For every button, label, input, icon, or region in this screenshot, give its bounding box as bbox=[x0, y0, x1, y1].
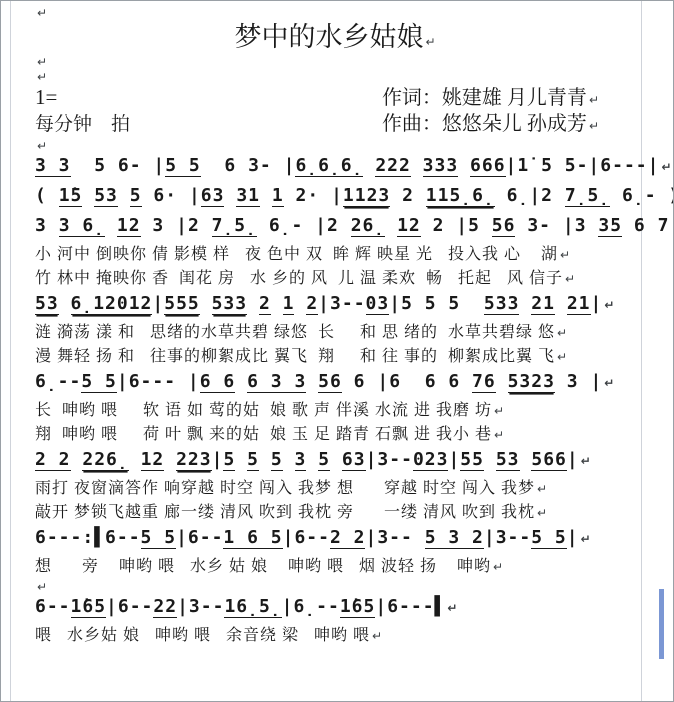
notation-token: 53 bbox=[496, 449, 520, 471]
paragraph-mark-icon: ↵ bbox=[589, 119, 599, 133]
paragraph-mark-icon: ↵ bbox=[494, 428, 505, 442]
notation-token: 6̣- bbox=[610, 185, 656, 206]
paragraph-mark-icon: ↵ bbox=[494, 404, 505, 418]
notation-token: 6 bbox=[342, 371, 378, 392]
lyricist-credit: 作词：姚建雄 月儿青青↵ bbox=[382, 85, 635, 114]
notation-token: 1̇65 bbox=[71, 596, 107, 618]
notation-token: 3 6̣ bbox=[59, 215, 105, 237]
notation-token: 6̣6̣6̣ bbox=[295, 155, 363, 177]
notation-token bbox=[224, 185, 236, 206]
music-line: 6̣--5 5|6--- |6 6 6 3 3 56 6 |6 6 6 76 5… bbox=[35, 369, 635, 399]
right-text-boundary bbox=[641, 1, 642, 701]
notation-token: 1̇65 bbox=[340, 596, 376, 618]
paragraph-mark-icon: ↵ bbox=[557, 350, 568, 364]
music-line: ( 1̇5 53 5 6· |63 31 1 2· |1123 2 115̣6̣… bbox=[35, 183, 635, 213]
notation-token: 6̣- bbox=[257, 215, 315, 236]
notation-token bbox=[164, 449, 176, 470]
notation-token bbox=[411, 155, 423, 176]
notation-token: 5 bbox=[318, 449, 330, 471]
notation-token: 6-- bbox=[188, 527, 224, 548]
notation-token: 6 6 6 bbox=[389, 371, 472, 392]
notation-token: 566 bbox=[531, 449, 567, 471]
lyrics-text: 漫 舞轻 扬 和 往事的柳絮成比 翼飞 翔 和 往 事的 柳絮成比翼 飞 bbox=[35, 348, 555, 365]
notation-token: 2 bbox=[390, 185, 426, 206]
notation-token: | bbox=[365, 527, 377, 548]
notation-token: 12 bbox=[117, 215, 141, 237]
paragraph-mark-icon: ↵ bbox=[37, 139, 47, 153]
notation-token: 63 bbox=[201, 185, 225, 207]
notation-token: 2 2 bbox=[35, 449, 71, 471]
notation-token bbox=[385, 215, 397, 236]
notation-token: | bbox=[590, 371, 602, 392]
scrollbar-accent[interactable] bbox=[659, 589, 664, 659]
lyrics-line: 想 旁 呻哟 喂 水乡 姑 娘 呻哟 喂 烟 波轻 扬 呻哟↵ bbox=[35, 555, 635, 579]
notation-token bbox=[105, 215, 117, 236]
notation-token: 3- bbox=[515, 215, 562, 236]
thick-barline: ▌ bbox=[435, 596, 446, 617]
lyrics-text: 敲开 梦锁飞越重 廊一缕 清风 吹到 我枕 旁 一缕 清风 吹到 我枕 bbox=[35, 504, 535, 521]
notation-token: 3-- bbox=[377, 527, 424, 548]
empty-paragraph: ↵ bbox=[35, 138, 635, 153]
thick-barline: ▌ bbox=[94, 527, 105, 548]
notation-token: 555 bbox=[164, 293, 200, 315]
notation-token: | bbox=[106, 596, 118, 617]
notation-token: 2 bbox=[188, 215, 212, 236]
notation-token: 2 2 bbox=[330, 527, 366, 549]
page-title: 梦中的水乡姑娘 bbox=[234, 22, 423, 52]
notation-token: 5 3 2 bbox=[425, 527, 484, 549]
notation-token: 6̣12012 bbox=[71, 293, 153, 315]
notation-token: 6̣ bbox=[495, 185, 530, 206]
paragraph-mark-icon: ↵ bbox=[604, 376, 615, 390]
notation-token: 56 bbox=[318, 371, 342, 393]
paragraph-mark-icon: ↵ bbox=[537, 482, 548, 496]
empty-paragraph: ↵ bbox=[35, 579, 635, 594]
notation-token: 115̣6̣ bbox=[426, 185, 495, 207]
notation-token bbox=[363, 155, 375, 176]
lyrics-text: 竹 林中 掩映你 香 闺花 房 水 乡的 风 儿 温 柔欢 畅 托起 风 信子 bbox=[35, 270, 563, 287]
notation-token: | bbox=[153, 155, 165, 176]
lyrics-text: 长 呻哟 喂 软 语 如 莺的姑 娘 歌 声 伴溪 水流 进 我磨 坊 bbox=[35, 402, 492, 419]
notation-token: 1123 bbox=[343, 185, 390, 207]
notation-token: 03 bbox=[366, 293, 390, 315]
notation-token: 5 6- bbox=[71, 155, 154, 176]
notation-token bbox=[200, 293, 212, 314]
notation-token: | bbox=[366, 449, 378, 470]
notation-token: 6---: bbox=[35, 527, 94, 548]
meta-row-1: 1= 作词：姚建雄 月儿青青↵ bbox=[35, 84, 635, 111]
composer-text: 作曲：悠悠朵儿 孙成芳 bbox=[382, 113, 587, 135]
notation-token bbox=[129, 449, 141, 470]
notation-token: 35 bbox=[598, 215, 622, 237]
music-line: 3 3 6̣ 12 3 |2 7̣5̣ 6̣- |2 26̣ 12 2 |5 5… bbox=[35, 213, 635, 243]
notation-token: 533 bbox=[212, 293, 248, 315]
notation-token: 226̣ bbox=[82, 449, 128, 471]
notation-token: 56 bbox=[492, 215, 516, 237]
paragraph-mark-icon: ↵ bbox=[560, 248, 571, 262]
paragraph-mark-icon: ↵ bbox=[565, 272, 576, 286]
notation-token: 6 3- bbox=[201, 155, 284, 176]
notation-token: 3 3 bbox=[35, 155, 71, 177]
notation-token: 6̣-- bbox=[293, 596, 339, 617]
notation-token: 63 bbox=[342, 449, 366, 471]
lyrics-line: 翔 呻哟 喂 荷 叶 飘 来的姑 娘 玉 足 踏青 石飘 进 我小 巷↵ bbox=[35, 423, 635, 447]
notation-token: | bbox=[591, 293, 603, 314]
notation-token: | bbox=[377, 371, 389, 392]
notation-token: 3-- bbox=[189, 596, 225, 617]
lyrics-text: 喂 水乡姑 娘 呻哟 喂 余音绕 梁 呻哟 喂 bbox=[35, 627, 370, 644]
notation-token bbox=[555, 293, 567, 314]
notation-token: | bbox=[331, 185, 343, 206]
music-line: 6---:▌6--5 5|6--1 6 5|6--2 2|3-- 5 3 2|3… bbox=[35, 525, 635, 555]
paragraph-mark-icon: ↵ bbox=[604, 298, 615, 312]
empty-paragraph: ↵ bbox=[35, 54, 635, 69]
composer-credit: 作曲：悠悠朵儿 孙成芳↵ bbox=[382, 111, 635, 140]
paragraph-mark-icon: ↵ bbox=[37, 70, 47, 84]
notation-token: 533 bbox=[484, 293, 520, 315]
score: 3 3 5 6- |5 5 6 3- |6̣6̣6̣ 222 333 666|1… bbox=[35, 153, 635, 648]
notation-token: 7̣5̣ bbox=[212, 215, 257, 237]
notation-token: 3 bbox=[141, 215, 177, 236]
notation-token: | bbox=[389, 293, 401, 314]
notation-token: 6-- bbox=[35, 596, 71, 617]
notation-token: | bbox=[152, 293, 164, 314]
notation-token: 3-- bbox=[377, 449, 413, 470]
music-line: 3 3 5 6- |5 5 6 3- |6̣6̣6̣ 222 333 666|1… bbox=[35, 153, 635, 183]
lyrics-text: 小 河中 倒映你 倩 影模 样 夜 色中 双 眸 辉 映星 光 投入我 心 湖 bbox=[35, 246, 558, 263]
meta-row-2: 每分钟 拍 作曲：悠悠朵儿 孙成芳↵ bbox=[35, 111, 635, 138]
music-line: 6--1̇65|6--22|3--16̣5̣|6̣--1̇65|6---▌↵ bbox=[35, 594, 635, 624]
notation-token: 2 bbox=[541, 185, 565, 206]
notation-token: | bbox=[563, 215, 575, 236]
notation-token: 5 5 5 bbox=[401, 293, 484, 314]
notation-token bbox=[520, 449, 532, 470]
notation-token: 12 bbox=[141, 449, 165, 471]
notation-token: ) | bbox=[657, 185, 674, 206]
notation-token: | bbox=[212, 449, 224, 470]
notation-token: 7̣5̣ bbox=[565, 185, 610, 207]
paragraph-mark-icon: ↵ bbox=[537, 506, 548, 520]
paragraph-mark-icon: ↵ bbox=[557, 326, 568, 340]
notation-token bbox=[496, 371, 508, 392]
notation-token: | bbox=[176, 215, 188, 236]
notation-token: 76 bbox=[472, 371, 496, 393]
notation-token bbox=[306, 449, 318, 470]
notation-token: 53 bbox=[35, 293, 59, 315]
notation-token bbox=[458, 155, 470, 176]
notation-token bbox=[235, 449, 247, 470]
notation-token: 5 5 bbox=[141, 527, 177, 549]
notation-token: 5 5 bbox=[531, 527, 567, 549]
notation-token: 6-- bbox=[105, 527, 141, 548]
notation-token bbox=[283, 449, 295, 470]
notation-token: 5 bbox=[130, 185, 142, 207]
paragraph-mark-icon: ↵ bbox=[372, 629, 383, 643]
notation-token: | bbox=[315, 215, 327, 236]
lyrics-text: 想 旁 呻哟 喂 水乡 姑 娘 呻哟 喂 烟 波轻 扬 呻哟 bbox=[35, 558, 491, 575]
notation-token bbox=[82, 185, 94, 206]
notation-token: | bbox=[529, 185, 541, 206]
notation-token: 21 bbox=[567, 293, 591, 315]
paragraph-mark-icon: ↵ bbox=[493, 560, 504, 574]
notation-token bbox=[260, 185, 272, 206]
lyrics-line: 竹 林中 掩映你 香 闺花 房 水 乡的 风 儿 温 柔欢 畅 托起 风 信子↵ bbox=[35, 267, 635, 291]
notation-token: | bbox=[117, 371, 129, 392]
notation-token: 6 6 bbox=[200, 371, 236, 393]
lyrics-line: 长 呻哟 喂 软 语 如 莺的姑 娘 歌 声 伴溪 水流 进 我磨 坊↵ bbox=[35, 399, 635, 423]
notation-token: 3-- bbox=[330, 293, 366, 314]
notation-token: 6· bbox=[142, 185, 189, 206]
empty-paragraph: ↵ bbox=[35, 69, 635, 84]
paragraph-mark-icon: ↵ bbox=[581, 454, 592, 468]
notation-token: 12 bbox=[397, 215, 421, 237]
notation-token: 222 bbox=[375, 155, 411, 177]
left-text-boundary bbox=[10, 1, 11, 701]
title-row: 梦中的水乡姑娘↵ bbox=[35, 20, 635, 54]
notation-token: 5 bbox=[271, 449, 283, 471]
notation-token: 26̣ bbox=[351, 215, 386, 237]
notation-token: 023 bbox=[413, 449, 449, 471]
notation-token bbox=[259, 449, 271, 470]
lyrics-line: 涟 漪荡 漾 和 思绪的水草共碧 绿悠 长 和 思 绪的 水草共碧绿 悠↵ bbox=[35, 321, 635, 345]
paragraph-mark-icon: ↵ bbox=[37, 55, 47, 69]
empty-paragraph: ↵ bbox=[35, 5, 635, 20]
notation-token: 666 bbox=[470, 155, 506, 177]
notation-token bbox=[294, 293, 306, 314]
notation-token: 22 bbox=[153, 596, 177, 618]
music-line: 2 2 226̣ 12 223|5 5 5 3 5 63|3--023|55 5… bbox=[35, 447, 635, 477]
lyricist-text: 作词：姚建雄 月儿青青 bbox=[382, 87, 587, 109]
notation-token: | bbox=[188, 371, 200, 392]
notation-token: | bbox=[375, 596, 387, 617]
notation-token: 1 bbox=[283, 293, 295, 315]
notation-token: 5 5 bbox=[165, 155, 201, 177]
notation-token: | bbox=[189, 185, 201, 206]
notation-token: 223 bbox=[176, 449, 212, 471]
notation-token bbox=[59, 293, 71, 314]
paragraph-mark-icon: ↵ bbox=[37, 580, 47, 594]
notation-token: | bbox=[648, 155, 660, 176]
notation-token: | bbox=[484, 527, 496, 548]
lyrics-line: 漫 舞轻 扬 和 往事的柳絮成比 翼飞 翔 和 往 事的 柳絮成比翼 飞↵ bbox=[35, 345, 635, 369]
notation-token: 5 5 bbox=[81, 371, 117, 393]
notation-token: 6--- bbox=[129, 371, 188, 392]
notation-token: | bbox=[177, 596, 189, 617]
notation-token: | bbox=[588, 155, 600, 176]
lyrics-line: 雨打 夜窗滴答作 响穿越 时空 闯入 我梦 想 穿越 时空 闯入 我梦↵ bbox=[35, 477, 635, 501]
tempo-line: 每分钟 拍 bbox=[35, 111, 130, 138]
notation-token: 2 bbox=[421, 215, 457, 236]
notation-token: 333 bbox=[423, 155, 459, 177]
notation-token: | bbox=[283, 527, 295, 548]
lyrics-text: 涟 漪荡 漾 和 思绪的水草共碧 绿悠 长 和 思 绪的 水草共碧绿 悠 bbox=[35, 324, 555, 341]
lyrics-text: 翔 呻哟 喂 荷 叶 飘 来的姑 娘 玉 足 踏青 石飘 进 我小 巷 bbox=[35, 426, 492, 443]
notation-token: 3 bbox=[295, 449, 307, 471]
page-content: ↵ 梦中的水乡姑娘↵ ↵ ↵ 1= 作词：姚建雄 月儿青青↵ 每分钟 拍 作曲：… bbox=[35, 5, 635, 648]
notation-token: 6--- bbox=[600, 155, 647, 176]
notation-token: 16̣5̣ bbox=[224, 596, 281, 618]
notation-token: 2 bbox=[327, 215, 351, 236]
lyrics-line: 敲开 梦锁飞越重 廊一缕 清风 吹到 我枕 旁 一缕 清风 吹到 我枕↵ bbox=[35, 501, 635, 525]
notation-token bbox=[519, 293, 531, 314]
notation-token: | bbox=[318, 293, 330, 314]
notation-token bbox=[484, 449, 496, 470]
notation-token bbox=[118, 185, 130, 206]
notation-token bbox=[235, 371, 247, 392]
notation-token: 6-- bbox=[294, 527, 330, 548]
notation-token: | bbox=[284, 155, 296, 176]
paragraph-mark-icon: ↵ bbox=[37, 6, 47, 20]
notation-token: 1 6 5 bbox=[223, 527, 282, 549]
lyrics-text: 雨打 夜窗滴答作 响穿越 时空 闯入 我梦 想 穿越 时空 闯入 我梦 bbox=[35, 480, 535, 497]
lyrics-line: 喂 水乡姑 娘 呻哟 喂 余音绕 梁 呻哟 喂↵ bbox=[35, 624, 635, 648]
notation-token: 2 bbox=[259, 293, 271, 315]
notation-token: 2· bbox=[284, 185, 331, 206]
notation-token: 3 bbox=[575, 215, 599, 236]
key-signature: 1= bbox=[35, 84, 57, 111]
notation-token: 6--- bbox=[387, 596, 434, 617]
notation-token: 55 bbox=[460, 449, 484, 471]
notation-token: 5 bbox=[247, 449, 259, 471]
notation-token bbox=[247, 293, 259, 314]
notation-token: 5323 bbox=[508, 371, 555, 393]
notation-token: 21 bbox=[531, 293, 555, 315]
notation-token: 1̇5 bbox=[59, 185, 83, 207]
notation-token: 3 bbox=[35, 215, 59, 236]
sheet-music-document: ↵ 梦中的水乡姑娘↵ ↵ ↵ 1= 作词：姚建雄 月儿青青↵ 每分钟 拍 作曲：… bbox=[0, 0, 674, 702]
music-line: 53 6̣12012|555 533 2 1 2|3--03|5 5 5 533… bbox=[35, 291, 635, 321]
notation-token: 1̇ 5 5- bbox=[517, 155, 588, 176]
notation-token: 2 bbox=[306, 293, 318, 315]
notation-token: 6 7 bbox=[622, 215, 674, 236]
notation-token: | bbox=[282, 596, 294, 617]
notation-token bbox=[71, 449, 83, 470]
notation-token: | bbox=[448, 449, 460, 470]
notation-token: | bbox=[176, 527, 188, 548]
paragraph-mark-icon: ↵ bbox=[581, 532, 592, 546]
notation-token bbox=[306, 371, 318, 392]
lyrics-line: 小 河中 倒映你 倩 影模 样 夜 色中 双 眸 辉 映星 光 投入我 心 湖↵ bbox=[35, 243, 635, 267]
paragraph-mark-icon: ↵ bbox=[661, 160, 672, 174]
notation-token: 1 bbox=[272, 185, 284, 207]
notation-token: ( bbox=[35, 185, 59, 206]
paragraph-mark-icon: ↵ bbox=[589, 93, 599, 107]
notation-token bbox=[271, 293, 283, 314]
paragraph-mark-icon: ↵ bbox=[447, 601, 458, 615]
notation-token: 31 bbox=[236, 185, 260, 207]
notation-token: | bbox=[456, 215, 468, 236]
notation-token: | bbox=[567, 449, 579, 470]
notation-token: | bbox=[567, 527, 579, 548]
notation-token: 6̣-- bbox=[35, 371, 81, 392]
notation-token: 6-- bbox=[118, 596, 154, 617]
notation-token: 3-- bbox=[496, 527, 532, 548]
notation-token: 5 bbox=[468, 215, 492, 236]
notation-token: 3 bbox=[555, 371, 591, 392]
notation-token bbox=[330, 449, 342, 470]
notation-token: 5 bbox=[223, 449, 235, 471]
notation-token: 53 bbox=[94, 185, 118, 207]
notation-token: 6 3 3 bbox=[247, 371, 306, 393]
paragraph-mark-icon: ↵ bbox=[425, 35, 435, 49]
notation-token: | bbox=[506, 155, 518, 176]
